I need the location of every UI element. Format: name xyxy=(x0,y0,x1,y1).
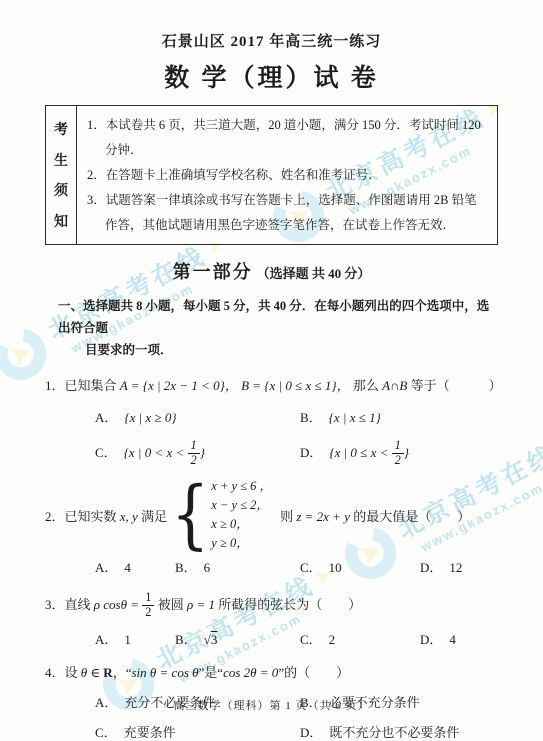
instructions-line2: 目要求的一项． xyxy=(58,339,498,361)
option-b: B．{x | x ≤ 1} xyxy=(300,407,498,426)
scanned-exam-page: 北京高考在线 www.gkaozx.com 北京高考在线 www.gkaozx.… xyxy=(0,0,543,741)
fraction: 12 xyxy=(188,439,200,467)
option-c: C．10 xyxy=(300,557,420,576)
part1-heading: 第一部分 （选择题 共 40 分） xyxy=(45,258,498,284)
question-number: 2． xyxy=(45,509,65,524)
question-1-options: A．{x | x ≥ 0} B．{x | x ≤ 1} C．{x | 0 < x… xyxy=(95,407,498,467)
option-d: D．4 xyxy=(420,629,498,648)
question-1: 1．已知集合 A = {x | 2x − 1 < 0}， B = {x | 0 … xyxy=(45,376,498,467)
option-c: C．2 xyxy=(300,629,420,648)
question-3: 3．直线 ρ cosθ = 12 被圆 ρ = 1 所截得的弦长为（ ） A．1… xyxy=(45,591,498,648)
question-1-stem: 1．已知集合 A = {x | 2x − 1 < 0}， B = {x | 0 … xyxy=(45,376,498,396)
notice-side-char: 知 xyxy=(54,211,68,231)
constraint-3: x ≥ 0， xyxy=(211,515,272,534)
constraint-1: x + y ≤ 6 ， xyxy=(211,477,272,496)
notice-item-3: 3．试题答案一律填涂或书写在答题卡上，选择题、作图题请用 2B 铅笔作答，其他试… xyxy=(87,188,489,238)
exam-content: 石景山区 2017 年高三统一练习 数 学（理）试 卷 考 生 须 知 1．本试… xyxy=(0,30,543,741)
notice-side-label: 考 生 须 知 xyxy=(46,106,77,244)
constraint-2: x − y ≤ 2， xyxy=(211,496,272,515)
system-brace: { xyxy=(171,481,209,549)
question-2: 2．已知实数 x, y 满足 { x + y ≤ 6 ， x − y ≤ 2， … xyxy=(45,477,498,576)
question-3-options: A．1 B．√3 C．2 D．4 xyxy=(95,629,498,648)
part1-title: 第一部分 xyxy=(173,262,253,282)
notice-side-char: 须 xyxy=(54,180,68,200)
sqrt-expression: √3 xyxy=(204,632,218,647)
option-a: A．4 xyxy=(95,557,175,576)
notice-item-1: 1．本试卷共 6 页，共三道大题，20 道小题，满分 150 分．考试时间 12… xyxy=(87,113,489,163)
notice-item-2: 2．在答题卡上准确填写学校名称、姓名和准考证号． xyxy=(87,163,489,188)
instructions-line1: 一、选择题共 8 小题，每小题 5 分，共 40 分．在每小题列出的四个选项中，… xyxy=(58,295,498,339)
part1-subtitle: （选择题 共 40 分） xyxy=(257,266,371,281)
notice-items: 1．本试卷共 6 页，共三道大题，20 道小题，满分 150 分．考试时间 12… xyxy=(77,106,497,244)
option-a: A．{x | x ≥ 0} xyxy=(95,407,300,426)
question-4-stem: 4．设 θ ∈ R，“sin θ = cos θ”是“cos 2θ = 0”的（… xyxy=(45,663,498,683)
question-number: 4． xyxy=(45,665,65,680)
option-d: D．12 xyxy=(420,557,498,576)
constraint-4: y ≥ 0， xyxy=(211,534,272,553)
constraint-system: x + y ≤ 6 ， x − y ≤ 2， x ≥ 0， y ≥ 0， xyxy=(211,477,272,553)
notice-side-char: 生 xyxy=(54,150,68,170)
exam-session-title: 石景山区 2017 年高三统一练习 xyxy=(45,30,498,51)
question-2-stem: 2．已知实数 x, y 满足 { x + y ≤ 6 ， x − y ≤ 2， … xyxy=(45,477,498,553)
question-number: 3． xyxy=(45,597,65,612)
candidate-notice-box: 考 生 须 知 1．本试卷共 6 页，共三道大题，20 道小题，满分 150 分… xyxy=(45,105,498,245)
fraction: 12 xyxy=(392,439,404,467)
notice-side-char: 考 xyxy=(54,119,68,139)
selection-instructions: 一、选择题共 8 小题，每小题 5 分，共 40 分．在每小题列出的四个选项中，… xyxy=(58,295,498,361)
question-2-options: A．4 B．6 C．10 D．12 xyxy=(95,557,498,576)
option-a: A．1 xyxy=(95,629,175,648)
option-b: B．6 xyxy=(175,557,300,576)
question-3-stem: 3．直线 ρ cosθ = 12 被圆 ρ = 1 所截得的弦长为（ ） xyxy=(45,591,498,619)
fraction: 12 xyxy=(142,591,154,619)
option-d: D．{x | 0 ≤ x < 12} xyxy=(300,439,498,467)
paper-title: 数 学（理）试 卷 xyxy=(45,58,498,94)
option-b: B．√3 xyxy=(175,629,300,648)
option-c: C．充要条件 xyxy=(95,722,300,741)
option-c: C．{x | 0 < x < 12} xyxy=(95,439,300,467)
page-footer: 高三数学（理科）第 1 页（共 6 页） xyxy=(0,697,543,713)
question-number: 1． xyxy=(45,378,65,393)
option-d: D．既不充分也不必要条件 xyxy=(300,722,498,741)
